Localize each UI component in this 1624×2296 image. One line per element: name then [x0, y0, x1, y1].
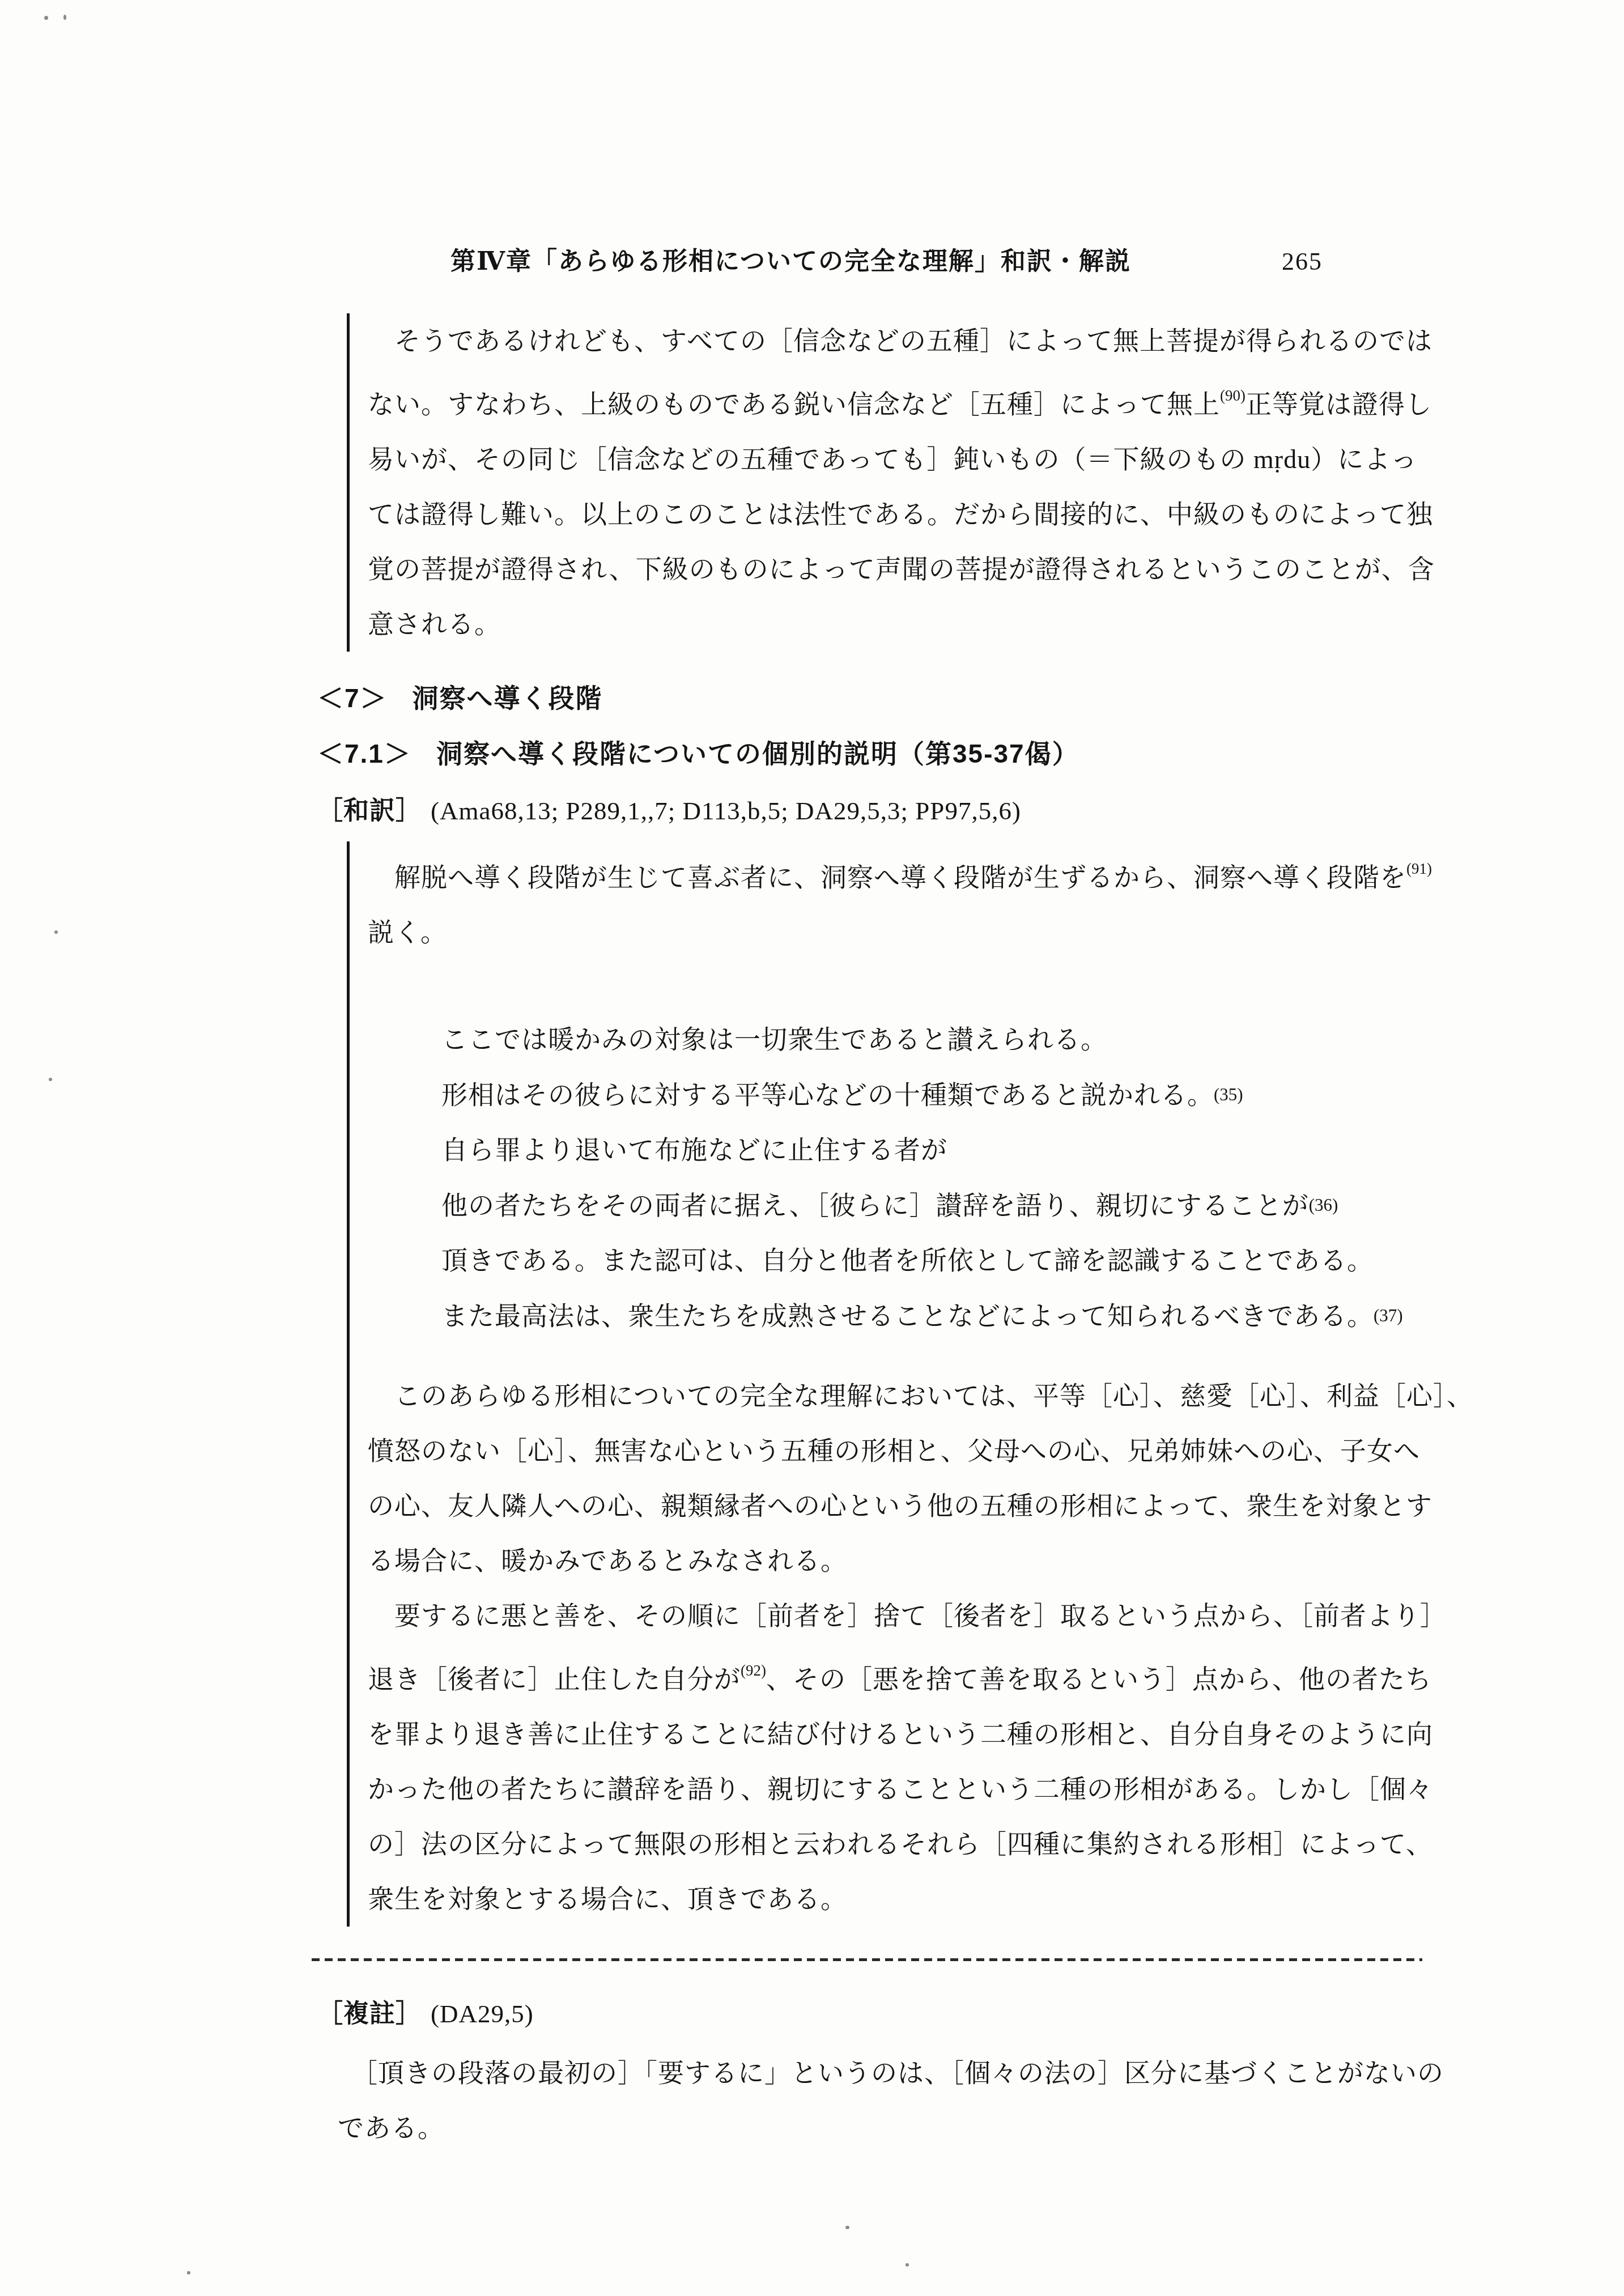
text-line: 要するに悪と善を、その順に［前者を］捨て［後者を］取るという点から、［前者より］ [368, 1588, 1422, 1643]
dashed-separator [312, 1958, 1422, 1961]
text-run: 易いが、その同じ［信念などの五種であっても］鈍いもの（＝下級のもの mṛdu）に… [368, 445, 1417, 474]
scan-speck [49, 1078, 52, 1081]
text-run: を罪より退き善に止住することに結び付けるという二種の形相と、自分自身そのように向 [368, 1720, 1433, 1749]
scan-speck [187, 2271, 190, 2274]
text-run: ［頂きの段落の最初の］「要するに」というのは、［個々の法の］区分に基づくことがな… [338, 2059, 1444, 2087]
text-line: 覚の菩提が證得され、下級のものによって声聞の菩提が證得されるというこのことが、含 [368, 542, 1422, 597]
text-line: 説く。 [368, 905, 1422, 960]
text-run: また最高法は、衆生たちを成熟させることなどによって知られるべきである。 [441, 1302, 1374, 1330]
wayaku-reference-line: ［和訳］(Ama68,13; P289,1,,7; D113,b,5; DA29… [317, 790, 1422, 827]
footnote-marker: (92) [741, 1662, 766, 1679]
verse-number: (35) [1214, 1085, 1243, 1104]
text-run: このあらゆる形相についての完全な理解においては、平等［心］、慈愛［心］、利益［心… [368, 1381, 1473, 1410]
text-line: の心、友人隣人への心、親類縁者への心という他の五種の形相によって、衆生を対象とす [368, 1478, 1422, 1533]
text-run: 意される。 [368, 610, 501, 639]
scan-speck [63, 15, 66, 20]
verse-block: ここでは暖かみの対象は一切衆生であると讃えられる。形相はその彼らに対する平等心な… [441, 1012, 1422, 1343]
scan-speck [905, 2263, 909, 2267]
text-line: 意される。 [368, 597, 1422, 652]
text-line: このあらゆる形相についての完全な理解においては、平等［心］、慈愛［心］、利益［心… [368, 1368, 1422, 1423]
text-line: を罪より退き善に止住することに結び付けるという二種の形相と、自分自身そのように向 [368, 1707, 1422, 1762]
text-run: 、その［悪を捨て善を取るという］点から、他の者たち [766, 1665, 1432, 1694]
text-run: 衆生を対象とする場合に、頂きである。 [368, 1885, 847, 1914]
text-line: そうであるけれども、すべての［信念などの五種］によって無上菩提が得られるのでは [368, 313, 1422, 368]
wayaku-citations: (Ama68,13; P289,1,,7; D113,b,5; DA29,5,3… [431, 797, 1021, 825]
text-line: 易いが、その同じ［信念などの五種であっても］鈍いもの（＝下級のもの mṛdu）に… [368, 432, 1422, 487]
page-header: 第Ⅳ章「あらゆる形相についての完全な理解」和訳・解説 265 [317, 241, 1422, 277]
text-run: そうであるけれども、すべての［信念などの五種］によって無上菩提が得られるのでは [368, 326, 1432, 355]
commentary-paragraph-1: このあらゆる形相についての完全な理解においては、平等［心］、慈愛［心］、利益［心… [368, 1368, 1422, 1588]
text-line: また最高法は、衆生たちを成熟させることなどによって知られるべきである。(37) [441, 1288, 1422, 1343]
fukuchu-reference-line: ［複註］(DA29,5) [317, 1993, 1422, 2030]
text-line: の］法の区分によって無限の形相と云われるそれら［四種に集約される形相］によって、 [368, 1817, 1422, 1872]
text-run: 正等覚は證得し [1245, 390, 1432, 419]
text-run: である。 [338, 2114, 444, 2142]
text-run: かった他の者たちに讃辞を語り、親切にすることという二種の形相がある。しかし［個々 [368, 1775, 1433, 1804]
text-run: 要するに悪と善を、その順に［前者を］捨て［後者を］取るという点から、［前者より］ [368, 1601, 1447, 1630]
text-line: ては證得し難い。以上のこのことは法性である。だから間接的に、中級のものによって独 [368, 487, 1422, 542]
wayaku-label: ［和訳］ [317, 796, 422, 825]
text-line: 解脱へ導く段階が生じて喜ぶ者に、洞察へ導く段階が生ずるから、洞察へ導く段階を(9… [368, 841, 1422, 905]
section-number: ＜7.1＞ [317, 739, 411, 768]
footnote-marker: (91) [1406, 860, 1432, 877]
intro-paragraph: 解脱へ導く段階が生じて喜ぶ者に、洞察へ導く段階が生ずるから、洞察へ導く段階を(9… [368, 841, 1422, 960]
text-run: ない。すなわち、上級のものである鋭い信念など［五種］によって無上 [368, 390, 1220, 419]
text-line: 形相はその彼らに対する平等心などの十種類であると説かれる。(35) [441, 1067, 1422, 1123]
scan-speck [44, 16, 48, 20]
fukuchu-citations: (DA29,5) [431, 2000, 534, 2028]
text-run: る場合に、暖かみであるとみなされる。 [368, 1546, 847, 1575]
text-run: 自ら罪より退いて布施などに止住する者が [441, 1136, 947, 1164]
verse-number: (36) [1309, 1195, 1338, 1215]
section-title: 洞察へ導く段階についての個別的説明（第35-37偈） [436, 739, 1079, 768]
closing-paragraph: ［頂きの段落の最初の］「要するに」というのは、［個々の法の］区分に基づくことがな… [338, 2046, 1422, 2155]
chapter-running-title: 第Ⅳ章「あらゆる形相についての完全な理解」和訳・解説 [450, 241, 1131, 277]
text-line: 衆生を対象とする場合に、頂きである。 [368, 1872, 1422, 1927]
fukuchu-label: ［複註］ [317, 1999, 422, 2028]
text-run: ここでは暖かみの対象は一切衆生であると讃えられる。 [441, 1025, 1107, 1054]
section-number: ＜7＞ [317, 683, 388, 713]
text-run: の］法の区分によって無限の形相と云われるそれら［四種に集約される形相］によって、 [368, 1830, 1432, 1859]
text-line: 自ら罪より退いて布施などに止住する者が [441, 1123, 1422, 1177]
text-run: 覚の菩提が證得され、下級のものによって声聞の菩提が證得されるというこのことが、含 [368, 555, 1435, 584]
text-run: 頂きである。また認可は、自分と他者を所依として諦を認識することである。 [441, 1246, 1374, 1275]
section-heading-7: ＜7＞洞察へ導く段階 [317, 678, 1422, 715]
text-line: 退き［後者に］止住した自分が(92)、その［悪を捨て善を取るという］点から、他の… [368, 1643, 1422, 1707]
text-run: 退き［後者に］止住した自分が [368, 1665, 741, 1694]
text-run: 形相はその彼らに対する平等心などの十種類であると説かれる。 [441, 1081, 1214, 1109]
text-run: の心、友人隣人への心、親類縁者への心という他の五種の形相によって、衆生を対象とす [368, 1491, 1432, 1520]
text-line: ここでは暖かみの対象は一切衆生であると讃えられる。 [441, 1012, 1422, 1067]
verse-number: (37) [1374, 1306, 1403, 1325]
text-line: ない。すなわち、上級のものである鋭い信念など［五種］によって無上(90)正等覚は… [368, 368, 1422, 432]
text-line: である。 [338, 2101, 1422, 2155]
page-content: 第Ⅳ章「あらゆる形相についての完全な理解」和訳・解説 265 そうであるけれども… [317, 0, 1422, 2155]
scan-speck [845, 2226, 849, 2229]
text-line: かった他の者たちに讃辞を語り、親切にすることという二種の形相がある。しかし［個々 [368, 1762, 1422, 1817]
text-line: 頂きである。また認可は、自分と他者を所依として諦を認識することである。 [441, 1233, 1422, 1288]
text-run: 説く。 [368, 918, 447, 947]
text-line: 憤怒のない［心］、無害な心という五種の形相と、父母への心、兄弟姉妹への心、子女へ [368, 1423, 1422, 1478]
text-line: る場合に、暖かみであるとみなされる。 [368, 1533, 1422, 1588]
text-line: 他の者たちをその両者に据え、［彼らに］讃辞を語り、親切にすることが(36) [441, 1177, 1422, 1233]
page-number: 265 [1282, 247, 1323, 276]
text-run: 解脱へ導く段階が生じて喜ぶ者に、洞察へ導く段階が生ずるから、洞察へ導く段階を [368, 863, 1406, 892]
scan-speck [54, 930, 58, 934]
footnote-marker: (90) [1220, 387, 1245, 404]
commentary-paragraph-2: 要するに悪と善を、その順に［前者を］捨て［後者を］取るという点から、［前者より］… [368, 1588, 1422, 1927]
text-run: ては證得し難い。以上のこのことは法性である。だから間接的に、中級のものによって独 [368, 500, 1433, 529]
quoted-translation-block-2: 解脱へ導く段階が生じて喜ぶ者に、洞察へ導く段階が生ずるから、洞察へ導く段階を(9… [347, 841, 1422, 1927]
text-line: ［頂きの段落の最初の］「要するに」というのは、［個々の法の］区分に基づくことがな… [338, 2046, 1422, 2101]
scanned-page: 第Ⅳ章「あらゆる形相についての完全な理解」和訳・解説 265 そうであるけれども… [0, 0, 1624, 2296]
text-run: 他の者たちをその両者に据え、［彼らに］讃辞を語り、親切にすることが [441, 1191, 1309, 1220]
section-title: 洞察へ導く段階 [413, 683, 603, 713]
section-heading-7-1: ＜7.1＞洞察へ導く段階についての個別的説明（第35-37偈） [317, 733, 1422, 771]
text-run: 憤怒のない［心］、無害な心という五種の形相と、父母への心、兄弟姉妹への心、子女へ [368, 1436, 1420, 1465]
quoted-translation-block-1: そうであるけれども、すべての［信念などの五種］によって無上菩提が得られるのではな… [347, 313, 1422, 652]
